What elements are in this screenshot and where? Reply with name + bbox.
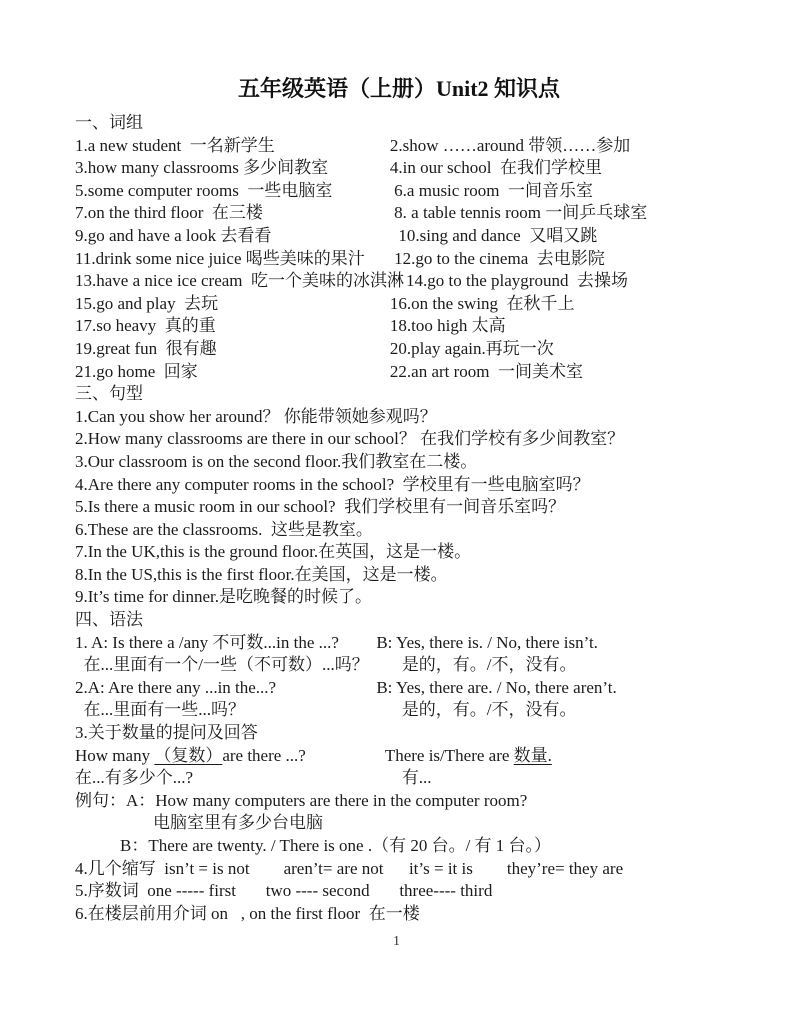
text-line: 5.序数词 one ----- first two ---- second th…	[75, 880, 723, 903]
pair-line: 3.how many classrooms 多少间教室4.in our scho…	[75, 157, 723, 180]
text-segment: 13.have a nice ice cream 吃一个美味的冰淇淋	[75, 271, 404, 290]
text-segment: How many	[75, 746, 154, 765]
document-body: 一、词组1.a new student 一名新学生2.show ……around…	[75, 112, 723, 925]
pair-left: 15.go and play 去玩	[75, 293, 390, 316]
text-segment: 9.It’s time for dinner.是吃晚餐的时候了。	[75, 587, 372, 606]
pair-left: 13.have a nice ice cream 吃一个美味的冰淇淋	[75, 270, 406, 293]
text-segment: 1.Can you show her around？ 你能带领她参观吗？	[75, 407, 437, 426]
text-segment: 6.a music room 一间音乐室	[390, 181, 593, 200]
pair-right: 20.play again.再玩一次	[390, 338, 554, 361]
pair-right: 4.in our school 在我们学校里	[390, 157, 602, 180]
text-line: 例句：A：How many computers are there in the…	[75, 790, 723, 813]
text-segment: 15.go and play 去玩	[75, 294, 218, 313]
pair-right: 2.show ……around 带领……参加	[390, 135, 630, 158]
text-segment: 4.几个缩写 isn’t = is not aren’t= are not it…	[75, 859, 623, 878]
pair-line: 19.great fun 很有趣20.play again.再玩一次	[75, 338, 723, 361]
text-segment: 是的，有。/不，没有。	[376, 655, 576, 674]
text-segment: 16.on the swing 在秋千上	[390, 294, 575, 313]
pair-line: 2.A: Are there any ...in the...?B: Yes, …	[75, 677, 723, 700]
text-segment: 5.序数词 one ----- first two ---- second th…	[75, 881, 492, 900]
text-segment: 4.in our school 在我们学校里	[390, 158, 602, 177]
text-segment: 数量.	[514, 746, 552, 765]
text-segment: 14.go to the playground 去操场	[406, 271, 628, 290]
pair-line: 1.a new student 一名新学生2.show ……around 带领……	[75, 135, 723, 158]
text-segment: 5.Is there a music room in our school? 我…	[75, 497, 565, 516]
text-line: 7.In the UK,this is the ground floor.在英国…	[75, 541, 723, 564]
text-segment: 8. a table tennis room 一间乒乓球室	[390, 203, 647, 222]
pair-left: 2.A: Are there any ...in the...?	[75, 677, 376, 700]
text-segment: 17.so heavy 真的重	[75, 316, 216, 335]
text-segment: 10.sing and dance 又唱又跳	[390, 226, 597, 245]
pair-line: 17.so heavy 真的重18.too high 太高	[75, 315, 723, 338]
text-segment: 2.show ……around 带领……参加	[390, 136, 630, 155]
text-segment: 3.关于数量的提问及回答	[75, 723, 258, 742]
text-segment: B: Yes, there is. / No, there isn’t.	[376, 633, 598, 652]
text-line: 5.Is there a music room in our school? 我…	[75, 496, 723, 519]
text-segment: 电脑室里有多少台电脑	[153, 813, 323, 832]
pair-line: 15.go and play 去玩16.on the swing 在秋千上	[75, 293, 723, 316]
text-line: 6.These are the classrooms. 这些是教室。	[75, 519, 723, 542]
text-line: 3.Our classroom is on the second floor.我…	[75, 451, 723, 474]
text-segment: 21.go home 回家	[75, 362, 198, 381]
pair-right: 18.too high 太高	[390, 315, 506, 338]
text-segment: 18.too high 太高	[390, 316, 506, 335]
text-segment: 20.play again.再玩一次	[390, 339, 554, 358]
pair-right: 有...	[376, 767, 431, 790]
text-segment: 22.an art room 一间美术室	[390, 362, 583, 381]
text-segment: 1. A: Is there a /any 不可数...in the ...?	[75, 633, 339, 652]
section-heading: 四、语法	[75, 609, 723, 632]
text-segment: 在...里面有一个/一些（不可数）...吗？	[75, 655, 369, 674]
text-line: 3.关于数量的提问及回答	[75, 722, 723, 745]
text-segment: 3.Our classroom is on the second floor.我…	[75, 452, 477, 471]
pair-right: 10.sing and dance 又唱又跳	[390, 225, 597, 248]
pair-right: 12.go to the cinema 去电影院	[390, 248, 605, 271]
text-segment: B: Yes, there are. / No, there aren’t.	[376, 678, 616, 697]
text-segment: 是的，有。/不，没有。	[376, 700, 576, 719]
pair-line: 在...里面有一些...吗？ 是的，有。/不，没有。	[75, 699, 723, 722]
text-line: B：There are twenty. / There is one .（有 2…	[75, 835, 723, 858]
text-line: 9.It’s time for dinner.是吃晚餐的时候了。	[75, 586, 723, 609]
pair-line: 在...里面有一个/一些（不可数）...吗？ 是的，有。/不，没有。	[75, 654, 723, 677]
pair-left: 在...里面有一些...吗？	[75, 699, 376, 722]
text-line: 1.Can you show her around？ 你能带领她参观吗？	[75, 406, 723, 429]
text-line: 8.In the US,this is the first floor.在美国，…	[75, 564, 723, 587]
text-segment: are there ...?	[222, 746, 306, 765]
text-line: 4.Are there any computer rooms in the sc…	[75, 474, 723, 497]
pair-right: 6.a music room 一间音乐室	[390, 180, 593, 203]
pair-line: 1. A: Is there a /any 不可数...in the ...?B…	[75, 632, 723, 655]
text-segment: 有...	[376, 768, 431, 787]
text-segment: 在...里面有一些...吗？	[75, 700, 245, 719]
pair-left: 7.on the third floor 在三楼	[75, 202, 390, 225]
text-segment: 7.on the third floor 在三楼	[75, 203, 263, 222]
pair-left: 1. A: Is there a /any 不可数...in the ...?	[75, 632, 376, 655]
pair-right: 16.on the swing 在秋千上	[390, 293, 575, 316]
pair-right: 是的，有。/不，没有。	[376, 654, 576, 677]
pair-line: 在...有多少个...? 有...	[75, 767, 723, 790]
document-page: 五年级英语（上册）Unit2 知识点 一、词组1.a new student 一…	[0, 0, 793, 1020]
text-segment: 11.drink some nice juice 喝些美味的果汁	[75, 249, 365, 268]
text-line: 2.How many classrooms are there in our s…	[75, 428, 723, 451]
page-title: 五年级英语（上册）Unit2 知识点	[75, 72, 723, 103]
text-segment: 12.go to the cinema 去电影院	[390, 249, 605, 268]
pair-left: How many （复数）are there ...?	[75, 745, 376, 768]
pair-left: 在...有多少个...?	[75, 767, 376, 790]
text-line: 6.在楼层前用介词 on , on the first floor 在一楼	[75, 903, 723, 926]
pair-left: 在...里面有一个/一些（不可数）...吗？	[75, 654, 376, 677]
text-segment: 4.Are there any computer rooms in the sc…	[75, 475, 590, 494]
pair-right: B: Yes, there is. / No, there isn’t.	[376, 632, 598, 655]
pair-right: B: Yes, there are. / No, there aren’t.	[376, 677, 616, 700]
text-segment: 在...有多少个...?	[75, 768, 193, 787]
pair-left: 1.a new student 一名新学生	[75, 135, 390, 158]
text-line: 4.几个缩写 isn’t = is not aren’t= are not it…	[75, 858, 723, 881]
text-line: 电脑室里有多少台电脑	[75, 812, 723, 835]
section-heading: 三、句型	[75, 383, 723, 406]
pair-left: 19.great fun 很有趣	[75, 338, 390, 361]
pair-line: 21.go home 回家22.an art room 一间美术室	[75, 361, 723, 384]
pair-left: 9.go and have a look 去看看	[75, 225, 390, 248]
text-segment: 2.A: Are there any ...in the...?	[75, 678, 276, 697]
text-segment: 例句：A：How many computers are there in the…	[75, 791, 527, 810]
text-segment: 5.some computer rooms 一些电脑室	[75, 181, 332, 200]
pair-right: 14.go to the playground 去操场	[406, 270, 628, 293]
pair-line: 7.on the third floor 在三楼 8. a table tenn…	[75, 202, 723, 225]
text-segment: 2.How many classrooms are there in our s…	[75, 429, 624, 448]
text-segment: 1.a new student 一名新学生	[75, 136, 275, 155]
text-segment: （复数）	[154, 746, 222, 765]
text-segment: 19.great fun 很有趣	[75, 339, 217, 358]
text-segment: 3.how many classrooms 多少间教室	[75, 158, 328, 177]
pair-left: 17.so heavy 真的重	[75, 315, 390, 338]
text-segment: There is/There are	[376, 746, 513, 765]
text-segment: 三、句型	[75, 384, 143, 403]
pair-left: 11.drink some nice juice 喝些美味的果汁	[75, 248, 390, 271]
pair-line: 11.drink some nice juice 喝些美味的果汁 12.go t…	[75, 248, 723, 271]
text-segment: 四、语法	[75, 610, 143, 629]
pair-line: 5.some computer rooms 一些电脑室 6.a music ro…	[75, 180, 723, 203]
pair-left: 3.how many classrooms 多少间教室	[75, 157, 390, 180]
pair-right: There is/There are 数量.	[376, 745, 552, 768]
pair-right: 是的，有。/不，没有。	[376, 699, 576, 722]
text-segment: 8.In the US,this is the first floor.在美国，…	[75, 565, 448, 584]
section-heading: 一、词组	[75, 112, 723, 135]
text-segment: B：There are twenty. / There is one .（有 2…	[120, 836, 551, 855]
text-segment: 6.These are the classrooms. 这些是教室。	[75, 520, 373, 539]
pair-right: 22.an art room 一间美术室	[390, 361, 583, 384]
text-segment: 7.In the UK,this is the ground floor.在英国…	[75, 542, 471, 561]
page-number: 1	[0, 934, 793, 950]
pair-line: How many （复数）are there ...? There is/The…	[75, 745, 723, 768]
text-segment: 9.go and have a look 去看看	[75, 226, 271, 245]
pair-left: 5.some computer rooms 一些电脑室	[75, 180, 390, 203]
pair-left: 21.go home 回家	[75, 361, 390, 384]
text-segment: 一、词组	[75, 113, 143, 132]
pair-line: 9.go and have a look 去看看 10.sing and dan…	[75, 225, 723, 248]
text-segment: 6.在楼层前用介词 on , on the first floor 在一楼	[75, 904, 420, 923]
pair-line: 13.have a nice ice cream 吃一个美味的冰淇淋14.go …	[75, 270, 723, 293]
pair-right: 8. a table tennis room 一间乒乓球室	[390, 202, 647, 225]
